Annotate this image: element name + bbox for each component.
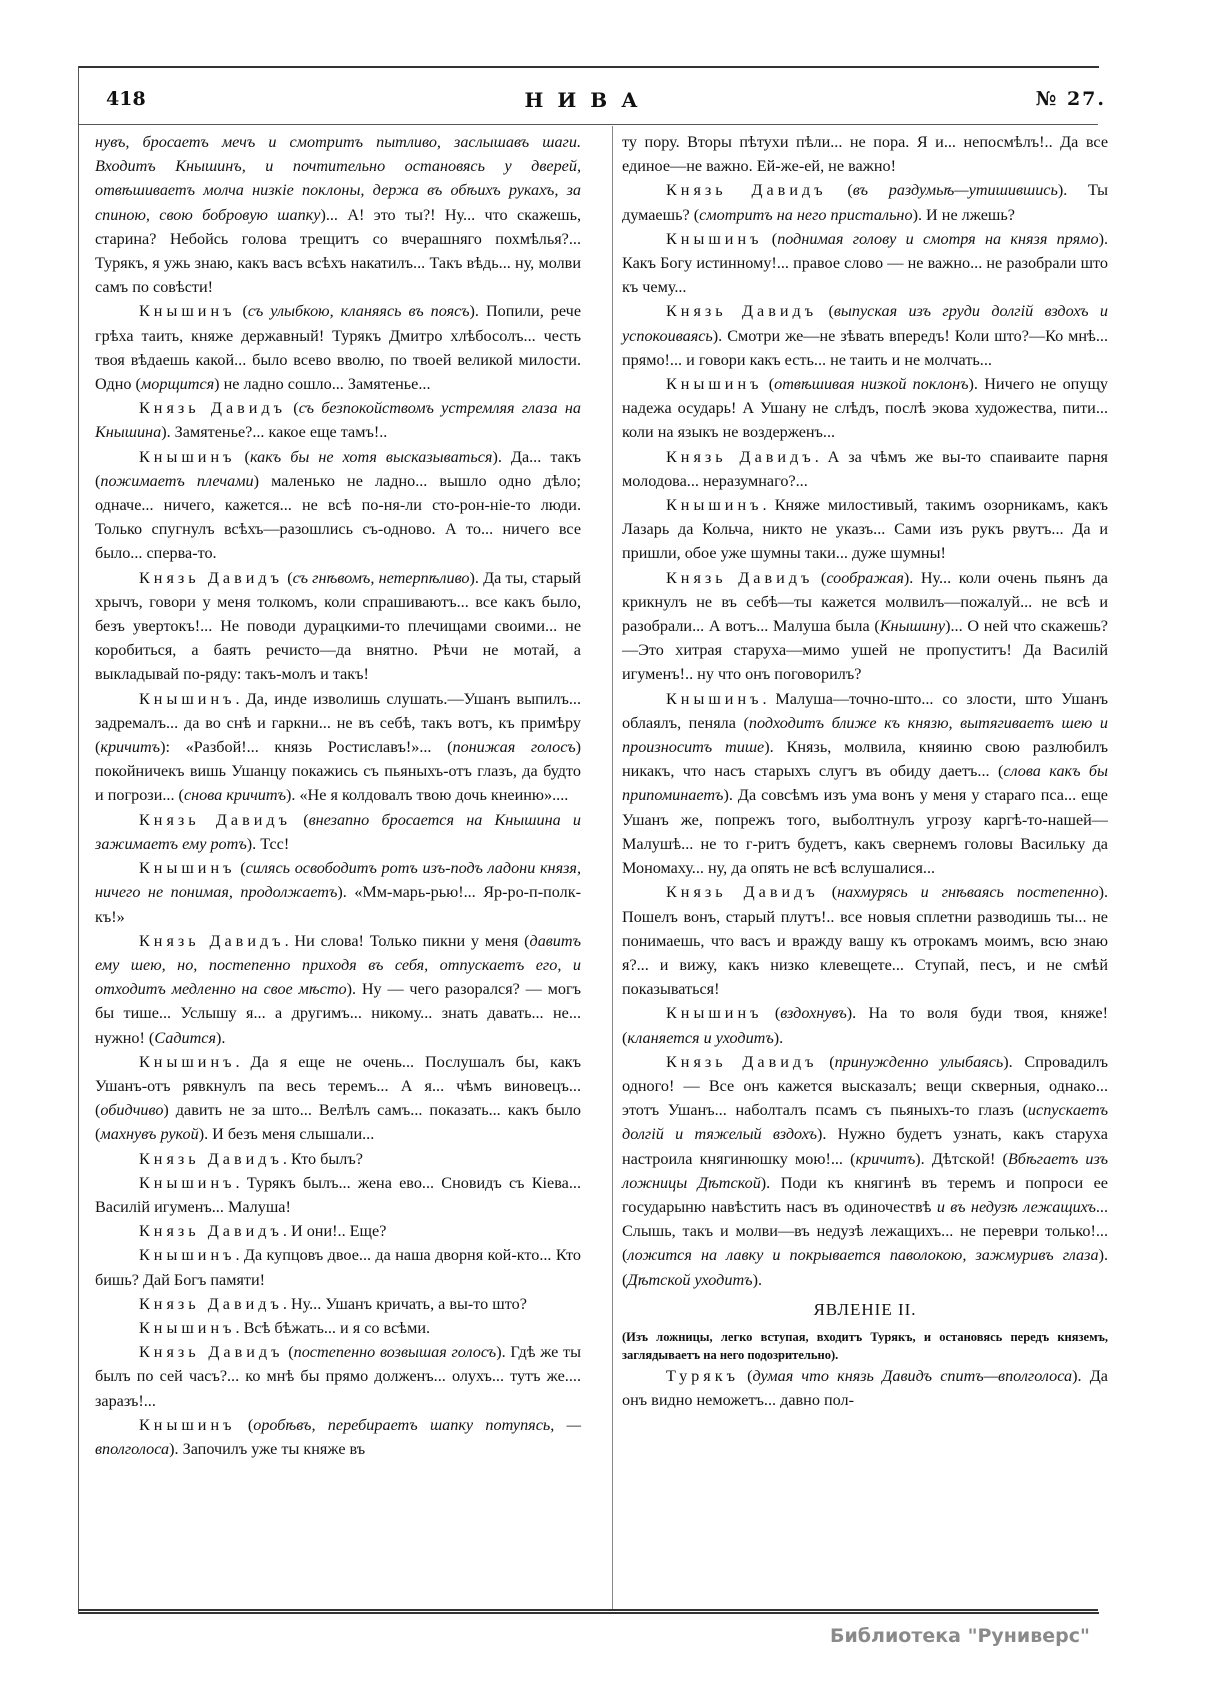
column-divider bbox=[612, 126, 613, 1610]
stage-remark: Дѣтской уходитъ bbox=[627, 1271, 752, 1289]
speaker-name: Кнышинъ bbox=[666, 690, 763, 708]
stage-remark: и въ недузѣ лежащихъ bbox=[937, 1198, 1096, 1216]
spoken-text: ( bbox=[763, 230, 778, 248]
stage-remark: нахмурясь и гнѣваясь постепенно bbox=[837, 883, 1098, 901]
dialogue-line: Кнышинъ. Турякъ былъ... жена ево... Снов… bbox=[95, 1171, 581, 1219]
library-watermark: Библиотека "Руниверс" bbox=[830, 1625, 1090, 1647]
spoken-text: ). Замятенье?... какое еще тамъ!.. bbox=[161, 423, 387, 441]
spoken-text: ( bbox=[236, 859, 246, 877]
journal-title: НИВА bbox=[78, 88, 1098, 112]
spoken-text: ( bbox=[739, 1367, 753, 1385]
left-column: нувъ, бросаетъ мечъ и смотритъ пытливо, … bbox=[95, 130, 581, 1461]
spoken-text: ( bbox=[236, 302, 248, 320]
stage-remark: съ улыбкою, кланяясь въ поясъ bbox=[248, 302, 470, 320]
stage-remark: принужденно улыбаясь bbox=[835, 1053, 1004, 1071]
spoken-text: ( bbox=[236, 1416, 254, 1434]
dialogue-line: Князь Давидъ. И они!.. Еще? bbox=[95, 1219, 581, 1243]
spoken-text: ( bbox=[817, 302, 834, 320]
spoken-text: ). bbox=[753, 1271, 762, 1289]
stage-remark: понижая голосъ bbox=[452, 738, 575, 756]
dialogue-line: Кнышинъ (поднимая голову и смотря на кня… bbox=[622, 227, 1108, 300]
dialogue-line: Князь Давидъ. Кто былъ? bbox=[95, 1147, 581, 1171]
spoken-text: ). bbox=[216, 1029, 225, 1047]
dialogue-line: Кнышинъ (оробѣвъ, перебираетъ шапку поту… bbox=[95, 1413, 581, 1461]
stage-remark: кричитъ bbox=[100, 738, 160, 756]
stage-remark: обидчиво bbox=[100, 1101, 163, 1119]
speaker-name: Кнышинъ bbox=[666, 230, 763, 248]
dialogue-line: Кнышинъ. Княже милостивый, такимъ озорни… bbox=[622, 493, 1108, 566]
dialogue-line: Князь Давидъ (въ раздумьѣ—утишившись). Т… bbox=[622, 178, 1108, 226]
speaker-name: Князь Давидъ bbox=[139, 399, 286, 417]
speaker-name: Кнышинъ bbox=[139, 1053, 236, 1071]
spoken-text: ( bbox=[286, 399, 299, 417]
spoken-text: ). И не лжешь? bbox=[913, 206, 1015, 224]
dialogue-line: Князь Давидъ (съ гнѣвомъ, нетерпѣливо). … bbox=[95, 566, 581, 687]
speaker-name: Князь Давидъ bbox=[666, 181, 827, 199]
dialogue-line: Кнышинъ. Да купцовъ двое... да наша двор… bbox=[95, 1243, 581, 1291]
spoken-text: . Кто былъ? bbox=[283, 1150, 363, 1168]
stage-remark: махнувъ рукой bbox=[100, 1125, 198, 1143]
spoken-text: . И они!.. Еще? bbox=[283, 1222, 387, 1240]
speaker-name: Князь Давидъ bbox=[666, 569, 813, 587]
stage-remark: въ раздумьѣ—утишившись bbox=[853, 181, 1058, 199]
speaker-name: Князь Давидъ bbox=[139, 1295, 283, 1313]
dialogue-line: Князь Давидъ (выпуская изъ груди долгій … bbox=[622, 299, 1108, 372]
spoken-text: ( bbox=[283, 569, 293, 587]
speaker-name: Князь Давидъ bbox=[139, 569, 283, 587]
speaker-name: Князь Давидъ bbox=[139, 811, 291, 829]
spoken-text: ) не ладно сошло... Замятенье... bbox=[214, 375, 430, 393]
stage-remark: морщится bbox=[141, 375, 214, 393]
speaker-name: Кнышинъ bbox=[139, 1416, 236, 1434]
stage-remark: соображая bbox=[826, 569, 904, 587]
spoken-text: ( bbox=[284, 1343, 294, 1361]
dialogue-line: Кнышинъ. Всѣ бѣжать... и я со всѣми. bbox=[95, 1316, 581, 1340]
stage-remark: Садится bbox=[154, 1029, 216, 1047]
right-column: ту пору. Вторы пѣтухи пѣли... не пора. Я… bbox=[622, 130, 1108, 1412]
stage-remark: какъ бы не хотя высказываться bbox=[250, 448, 493, 466]
dialogue-line: Кнышинъ (какъ бы не хотя высказываться).… bbox=[95, 445, 581, 566]
speaker-name: Кнышинъ bbox=[139, 690, 236, 708]
speaker-name: Кнышинъ bbox=[139, 302, 236, 320]
spoken-text: ( bbox=[827, 181, 853, 199]
spoken-text: . Всѣ бѣжать... и я со всѣми. bbox=[236, 1319, 431, 1337]
stage-remark: кричитъ bbox=[856, 1150, 916, 1168]
stage-remark: вздохнувъ bbox=[780, 1004, 847, 1022]
spoken-text: ). И безъ меня слышали... bbox=[199, 1125, 375, 1143]
spoken-text: ). bbox=[774, 1029, 783, 1047]
dialogue-line: Князь Давидъ. Ну... Ушанъ кричать, а вы-… bbox=[95, 1292, 581, 1316]
speaker-name: Кнышинъ bbox=[666, 1004, 763, 1022]
dialogue-line: Князь Давидъ. А за чѣмъ же вы-то спаиваи… bbox=[622, 445, 1108, 493]
issue-number: № 27. bbox=[1036, 88, 1106, 110]
spoken-text: . Ну... Ушанъ кричать, а вы-то што? bbox=[283, 1295, 527, 1313]
dialogue-line: Князь Давидъ (внезапно бросается на Кныш… bbox=[95, 808, 581, 856]
stage-remark: Кнышину bbox=[880, 617, 945, 635]
dialogue-line: Князь Давидъ (принужденно улыбаясь). Спр… bbox=[622, 1050, 1108, 1292]
speaker-name: Князь Давидъ bbox=[139, 1150, 283, 1168]
speaker-name: Князь Давидъ bbox=[139, 1222, 283, 1240]
spoken-text: ( bbox=[763, 1004, 781, 1022]
stage-direction: (Изъ ложницы, легко вступая, входитъ Тур… bbox=[622, 1328, 1108, 1364]
spoken-text: ту пору. Вторы пѣтухи пѣли... не пора. Я… bbox=[622, 133, 1108, 175]
speaker-name: Кнышинъ bbox=[139, 448, 236, 466]
speaker-name: Кнышинъ bbox=[666, 375, 763, 393]
stage-remark: поднимая голову и смотря на князя прямо bbox=[777, 230, 1098, 248]
continued-text: ту пору. Вторы пѣтухи пѣли... не пора. Я… bbox=[622, 130, 1108, 178]
scene-title: ЯВЛЕНІЕ II. bbox=[622, 1298, 1108, 1322]
speaker-name: Кнышинъ bbox=[139, 859, 236, 877]
speaker-name: Князь Давидъ bbox=[666, 302, 817, 320]
spoken-text: ). Дѣтской! ( bbox=[915, 1150, 1008, 1168]
spoken-text: ): «Разбой!... князь Ростиславъ!»... ( bbox=[160, 738, 452, 756]
footer-rule bbox=[78, 1609, 1098, 1611]
dialogue-line: Кнышинъ (силясь освободитъ ротъ изъ-подъ… bbox=[95, 856, 581, 929]
speaker-name: Кнышинъ bbox=[139, 1319, 236, 1337]
speaker-name: Турякъ bbox=[666, 1367, 739, 1385]
dialogue-line: Кнышинъ. Да, инде изволишь слушать.—Ушан… bbox=[95, 687, 581, 808]
spoken-text: ( bbox=[291, 811, 309, 829]
stage-remark: снова кричитъ bbox=[184, 786, 286, 804]
stage-remark: ложится на лавку и покрывается паволокою… bbox=[627, 1246, 1098, 1264]
stage-remark: постепенно возвышая голосъ bbox=[294, 1343, 497, 1361]
dialogue-line: Турякъ (думая что князь Давидъ спитъ—впо… bbox=[622, 1364, 1108, 1412]
dialogue-line: Князь Давидъ (постепенно возвышая голосъ… bbox=[95, 1340, 581, 1413]
speaker-name: Князь Давидъ bbox=[666, 1053, 818, 1071]
page-header: 418 НИВА № 27. bbox=[78, 66, 1098, 126]
stage-remark: отвѣшивая низкой поклонъ bbox=[774, 375, 968, 393]
header-rule bbox=[78, 124, 1098, 125]
speaker-name: Кнышинъ bbox=[666, 496, 763, 514]
spoken-text: ( bbox=[818, 1053, 835, 1071]
stage-remark: смотритъ на него пристально bbox=[699, 206, 912, 224]
speaker-name: Кнышинъ bbox=[139, 1174, 236, 1192]
stage-remark: съ гнѣвомъ, нетерпѣливо bbox=[293, 569, 470, 587]
spoken-text: ). «Не я колдовалъ твою дочь кнеиню».... bbox=[286, 786, 568, 804]
speaker-name: Кнышинъ bbox=[139, 1246, 236, 1264]
spoken-text: ). Започилъ уже ты княже въ bbox=[169, 1440, 365, 1458]
dialogue-line: Кнышинъ. Да я еще не очень... Послушалъ … bbox=[95, 1050, 581, 1147]
dialogue-line: Князь Давидъ (соображая). Ну... коли оче… bbox=[622, 566, 1108, 687]
spoken-text: . Ни слова! Только пикни у меня ( bbox=[285, 932, 530, 950]
dialogue-line: Кнышинъ (съ улыбкою, кланяясь въ поясъ).… bbox=[95, 299, 581, 396]
speaker-name: Князь Давидъ bbox=[139, 1343, 284, 1361]
dialogue-line: Кнышинъ. Малуша—точно-што... со злости, … bbox=[622, 687, 1108, 881]
spoken-text: ( bbox=[763, 375, 775, 393]
spoken-text: ( bbox=[813, 569, 826, 587]
stage-remark: думая что князь Давидъ спитъ—вполголоса bbox=[753, 1367, 1073, 1385]
speaker-name: Князь Давидъ bbox=[666, 448, 815, 466]
speaker-name: Князь Давидъ bbox=[139, 932, 285, 950]
speaker-name: Князь Давидъ bbox=[666, 883, 819, 901]
dialogue-line: Князь Давидъ (съ безпокойствомъ устремля… bbox=[95, 396, 581, 444]
spoken-text: ). Тсс! bbox=[247, 835, 290, 853]
dialogue-line: Князь Давидъ (нахмурясь и гнѣваясь посте… bbox=[622, 880, 1108, 1001]
stage-remark: кланяется и уходитъ bbox=[627, 1029, 773, 1047]
dialogue-line: Кнышинъ (вздохнувъ). На то воля буди тво… bbox=[622, 1001, 1108, 1049]
continued-text: нувъ, бросаетъ мечъ и смотритъ пытливо, … bbox=[95, 130, 581, 299]
spoken-text: ( bbox=[819, 883, 837, 901]
dialogue-line: Кнышинъ (отвѣшивая низкой поклонъ). Ниче… bbox=[622, 372, 1108, 445]
stage-remark: пожимаетъ плечами bbox=[100, 472, 253, 490]
dialogue-line: Князь Давидъ. Ни слова! Только пикни у м… bbox=[95, 929, 581, 1050]
spoken-text: ( bbox=[236, 448, 250, 466]
